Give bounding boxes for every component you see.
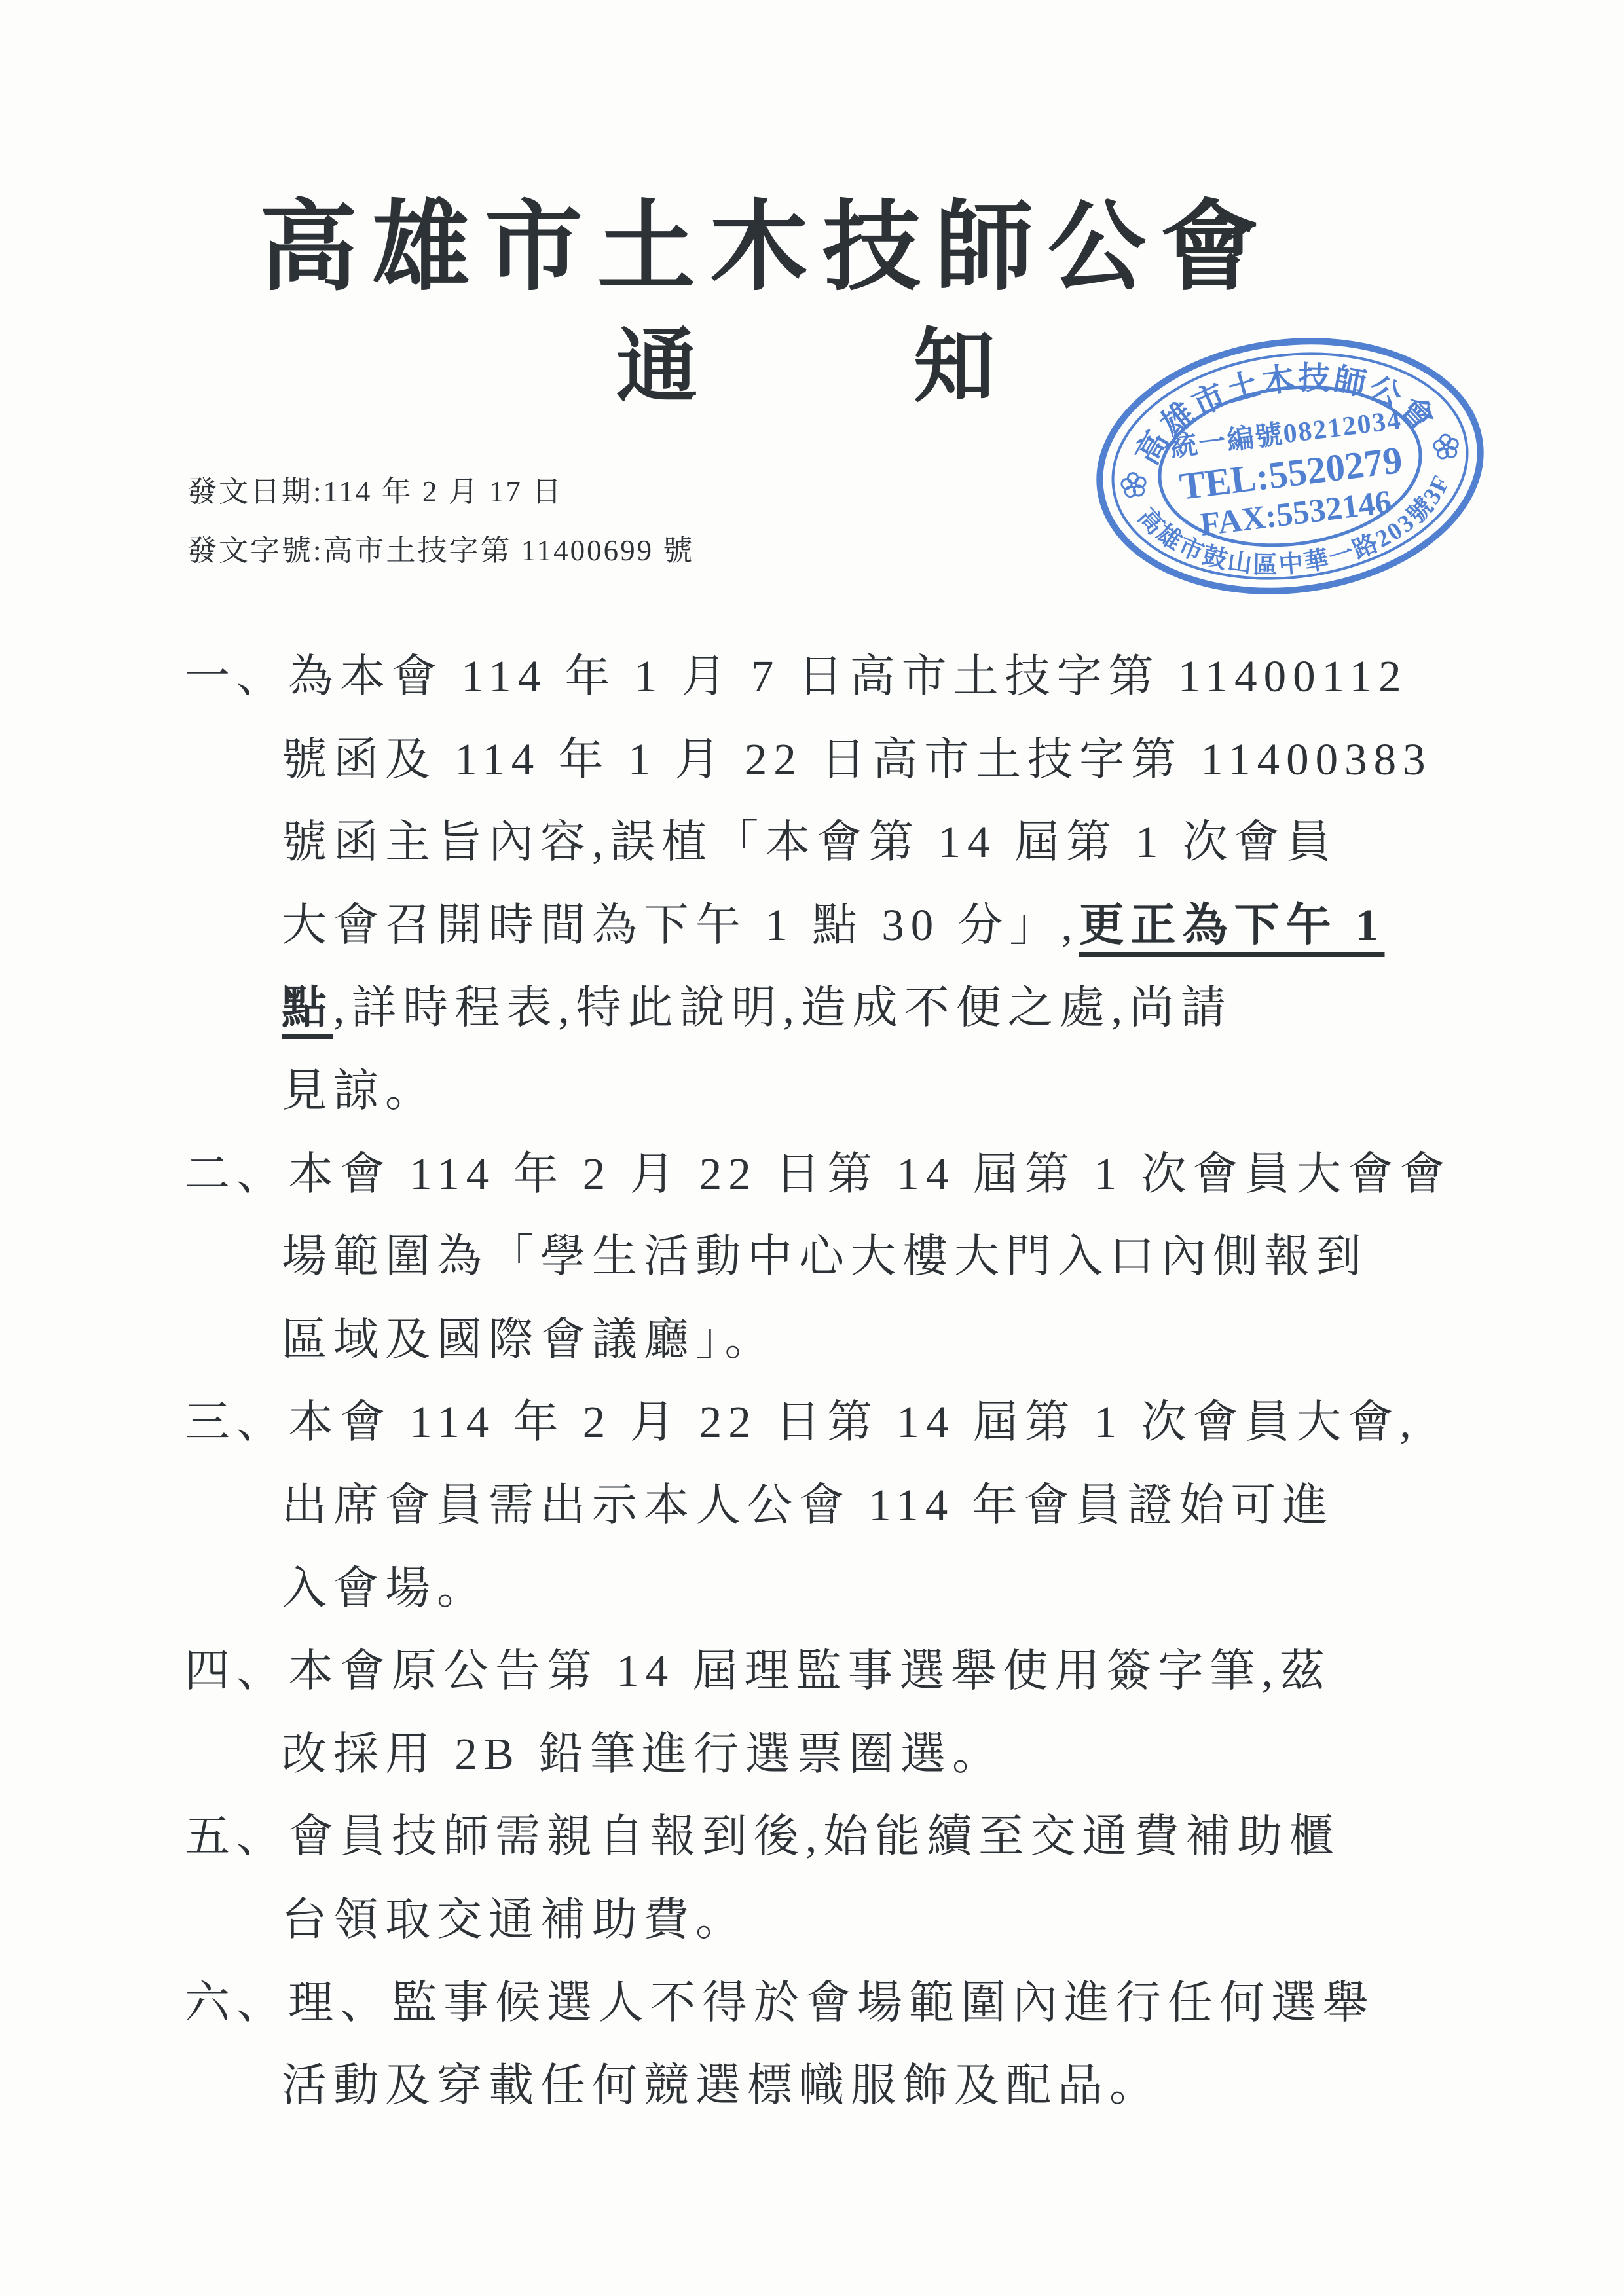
paragraph-line: 出席會員需出示本人公會 114 年會員證始可進 <box>185 1464 1488 1547</box>
paragraph-marker: 四、 <box>185 1646 288 1696</box>
line-text: 場範圍為「學生活動中心大樓大門入口內側報到 <box>282 1231 1368 1281</box>
line-text: 本會 114 年 2 月 22 日第 14 屆第 1 次會員大會, <box>288 1397 1418 1447</box>
paragraph-marker: 五、 <box>185 1812 288 1861</box>
line-text: 入會場。 <box>282 1563 489 1613</box>
paragraph-1: 一、為本會 114 年 1 月 7 日高市土技字第 11400112 號函及 1… <box>185 635 1488 1133</box>
paragraph-line: 一、為本會 114 年 1 月 7 日高市土技字第 11400112 <box>185 635 1488 718</box>
line-text: 號函及 114 年 1 月 22 日高市土技字第 11400383 <box>282 735 1432 784</box>
line-text: 會員技師需親自報到後,始能續至交通費補助櫃 <box>288 1812 1340 1861</box>
paragraph-line: 入會場。 <box>185 1547 1488 1630</box>
paragraph-marker: 三、 <box>185 1397 288 1447</box>
meta-doc-number-label: 發文字號: <box>187 534 323 567</box>
paragraph-line: 台領取交通補助費。 <box>185 1878 1488 1961</box>
notice-document-page: 高雄市土木技師公會 通知 發文日期:114 年 2 月 17 日 發文字號:高市… <box>0 0 1624 2296</box>
paragraph-6: 六、理、監事候選人不得於會場範圍內進行任何選舉 活動及穿載任何競選標幟服飾及配品… <box>185 1961 1488 2127</box>
line-text: 大會召開時間為下午 1 點 30 分」, <box>282 900 1079 950</box>
underlined-correction: 點 <box>282 983 333 1032</box>
paragraph-line: 三、本會 114 年 2 月 22 日第 14 屆第 1 次會員大會, <box>185 1381 1488 1464</box>
paragraph-marker: 一、 <box>185 651 288 701</box>
line-text: 見諒。 <box>282 1066 437 1116</box>
paragraph-line: 改採用 2B 鉛筆進行選票圈選。 <box>185 1713 1488 1796</box>
paragraph-line: 號函主旨內容,誤植「本會第 14 屆第 1 次會員 <box>185 801 1488 884</box>
paragraph-line: 區域及國際會議廳」。 <box>185 1298 1488 1381</box>
line-text: 活動及穿載任何競選標幟服飾及配品。 <box>282 2060 1161 2110</box>
line-text: 出席會員需出示本人公會 114 年會員證始可進 <box>282 1480 1334 1530</box>
flower-left-icon <box>1120 472 1147 498</box>
notice-body: 一、為本會 114 年 1 月 7 日高市土技字第 11400112 號函及 1… <box>185 635 1488 2127</box>
paragraph-line: 號函及 114 年 1 月 22 日高市土技字第 11400383 <box>185 718 1488 801</box>
paragraph-2: 二、本會 114 年 2 月 22 日第 14 屆第 1 次會員大會會 場範圍為… <box>185 1133 1488 1381</box>
line-text: 理、監事候選人不得於會場範圍內進行任何選舉 <box>288 1978 1375 2028</box>
paragraph-line: 四、本會原公告第 14 屆理監事選舉使用簽字筆,茲 <box>185 1630 1488 1713</box>
line-text: 號函主旨內容,誤植「本會第 14 屆第 1 次會員 <box>282 817 1338 867</box>
paragraph-line: 大會召開時間為下午 1 點 30 分」,更正為下午 1 <box>185 884 1488 967</box>
line-text: ,詳時程表,特此說明,造成不便之處,尚請 <box>333 983 1232 1032</box>
line-text: 改採用 2B 鉛筆進行選票圈選。 <box>282 1729 1004 1779</box>
document-meta: 發文日期:114 年 2 月 17 日 發文字號:高市土技字第 11400699… <box>187 462 694 580</box>
line-text: 台領取交通補助費。 <box>282 1895 747 1944</box>
official-stamp: 高雄市土木技師公會 高雄市鼓山區中華一路203號3F 統一編號08212034 … <box>1073 310 1508 623</box>
flower-right-icon <box>1433 433 1459 459</box>
paragraph-marker: 二、 <box>185 1149 288 1199</box>
subtitle-char-zhi: 知 <box>913 322 995 412</box>
meta-doc-number-value: 高市土技字第 11400699 號 <box>323 534 695 567</box>
meta-issue-date-label: 發文日期: <box>187 475 323 508</box>
paragraph-5: 五、會員技師需親自報到後,始能續至交通費補助櫃 台領取交通補助費。 <box>185 1795 1488 1961</box>
line-text: 為本會 114 年 1 月 7 日高市土技字第 11400112 <box>288 651 1408 701</box>
line-text: 本會原公告第 14 屆理監事選舉使用簽字筆,茲 <box>288 1646 1331 1696</box>
line-text: 區域及國際會議廳」。 <box>282 1315 777 1364</box>
meta-issue-date-value: 114 年 2 月 17 日 <box>323 475 564 508</box>
paragraph-line: 六、理、監事候選人不得於會場範圍內進行任何選舉 <box>185 1961 1488 2045</box>
paragraph-line: 活動及穿載任何競選標幟服飾及配品。 <box>185 2044 1488 2127</box>
underlined-correction: 更正為下午 1 <box>1079 900 1385 950</box>
paragraph-line: 場範圍為「學生活動中心大樓大門入口內側報到 <box>185 1215 1488 1298</box>
paragraph-line: 點,詳時程表,特此說明,造成不便之處,尚請 <box>185 966 1488 1049</box>
paragraph-line: 二、本會 114 年 2 月 22 日第 14 屆第 1 次會員大會會 <box>185 1133 1488 1216</box>
paragraph-marker: 六、 <box>185 1978 288 2028</box>
subtitle-char-tong: 通 <box>616 322 697 412</box>
meta-issue-date: 發文日期:114 年 2 月 17 日 <box>187 462 694 521</box>
paragraph-line: 五、會員技師需親自報到後,始能續至交通費補助櫃 <box>185 1795 1488 1878</box>
paragraph-3: 三、本會 114 年 2 月 22 日第 14 屆第 1 次會員大會, 出席會員… <box>185 1381 1488 1630</box>
meta-doc-number: 發文字號:高市土技字第 11400699 號 <box>187 521 694 580</box>
line-text: 本會 114 年 2 月 22 日第 14 屆第 1 次會員大會會 <box>288 1149 1451 1199</box>
paragraph-4: 四、本會原公告第 14 屆理監事選舉使用簽字筆,茲 改採用 2B 鉛筆進行選票圈… <box>185 1630 1488 1795</box>
paragraph-line: 見諒。 <box>185 1049 1488 1133</box>
page-title: 高雄市土木技師公會 <box>0 168 1532 309</box>
